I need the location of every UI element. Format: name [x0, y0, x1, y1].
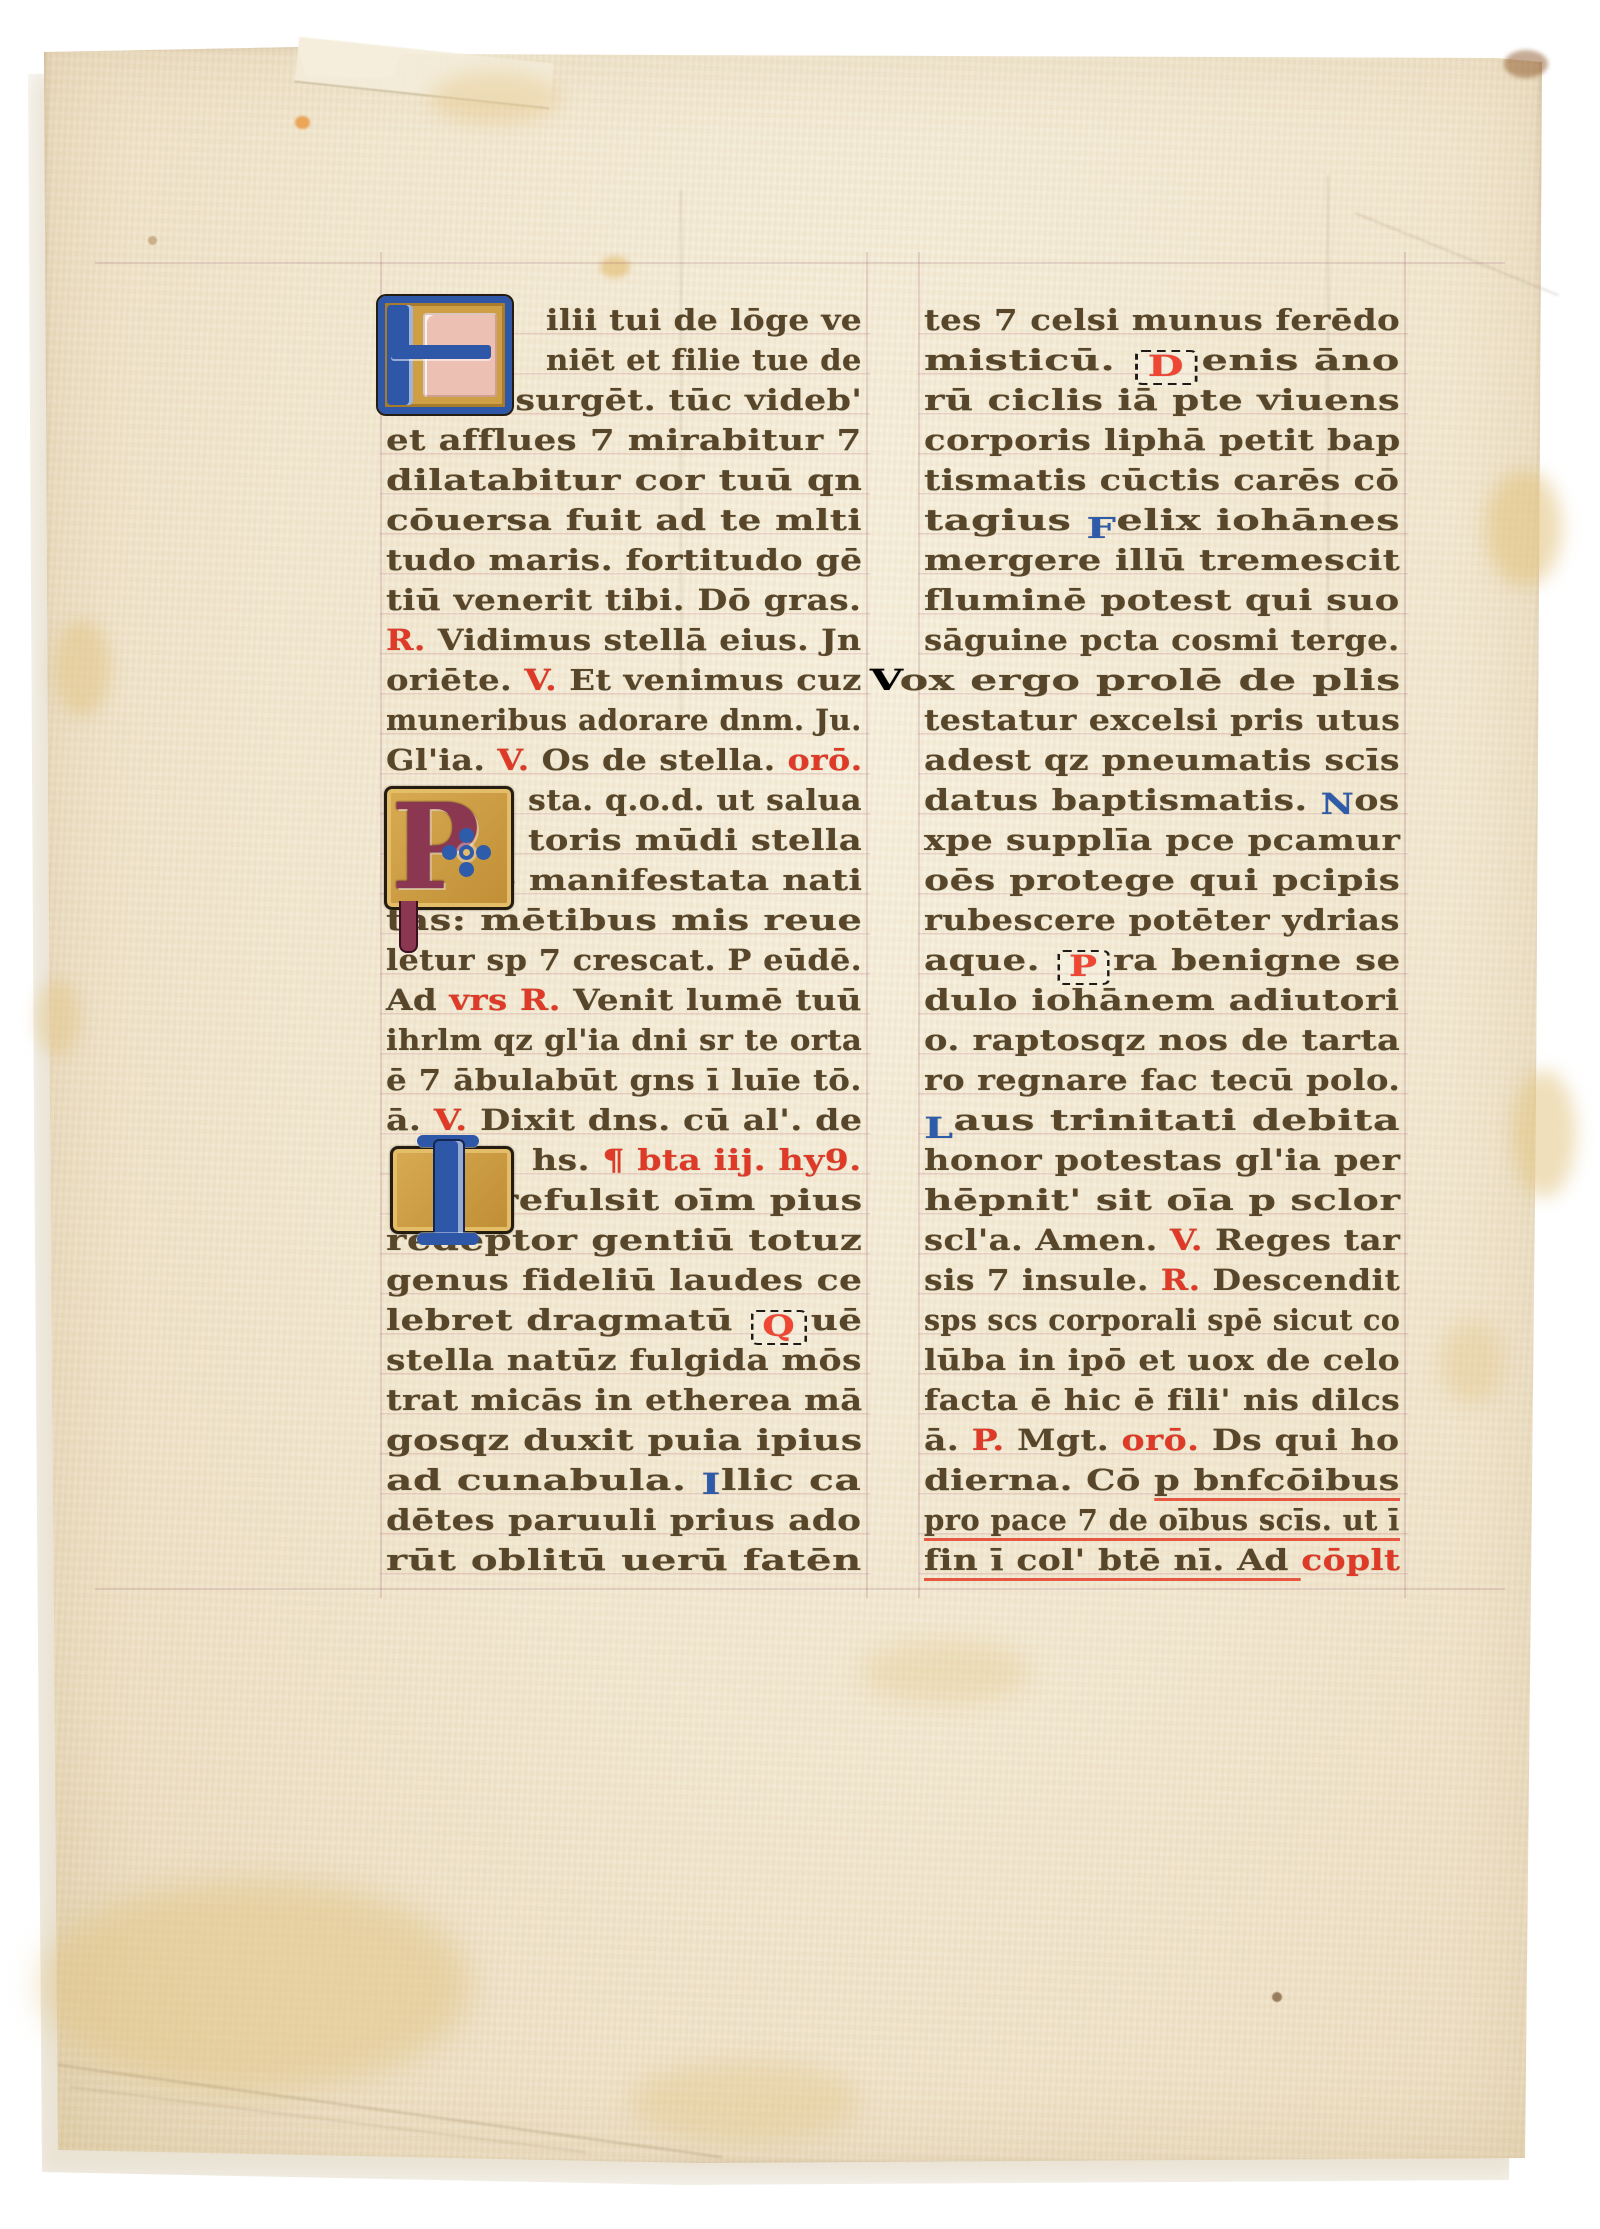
- text-line: datus baptismatis. Nos: [924, 780, 1400, 820]
- text-segment: corporis liphā petit bap: [924, 423, 1401, 457]
- text-line: R. Vidimus stellā eius. Jn: [386, 620, 862, 660]
- text-segment: uē: [811, 1303, 863, 1337]
- text-segment: et afflues 7 mirabitur 7: [386, 423, 862, 457]
- text-segment: scl'a. Amen.: [924, 1223, 1170, 1257]
- text-line: adest qz pneumatis scīs: [924, 740, 1400, 780]
- text-segment: ra benigne se: [1113, 943, 1400, 977]
- text-line: lūba in ipō et uox de celo: [924, 1340, 1400, 1380]
- decorated-initial: F: [1086, 514, 1116, 543]
- ruling-guide-line: [95, 262, 1505, 264]
- text-line: sps scs corporali spē sicut co: [924, 1300, 1400, 1340]
- text-line: dētes paruuli prius ado: [386, 1500, 862, 1540]
- text-segment: enis āno: [1202, 343, 1400, 377]
- text-line: gosqz duxit puia ipius: [386, 1420, 862, 1460]
- text-segment: ā.: [924, 1423, 972, 1457]
- text-line: tes 7 celsi munus ferēdo: [924, 300, 1400, 340]
- text-segment: Ad: [386, 983, 449, 1017]
- text-line: misticū. Denis āno: [924, 340, 1400, 380]
- text-segment: rū ciclis iā pte viuens: [924, 383, 1400, 417]
- text-line: Gl'ia. V. Os de stella. orō.: [386, 740, 862, 780]
- text-line: corporis liphā petit bap: [924, 420, 1400, 460]
- text-line: lebret dragmatū Quē: [386, 1300, 862, 1340]
- text-segment: rubescere potēter ydrias: [924, 903, 1400, 937]
- decorated-initial: N: [1321, 790, 1355, 819]
- text-line: aque. Pra benigne se: [924, 940, 1400, 980]
- text-segment: Vidimus stellā eius. Jn: [438, 623, 862, 657]
- text-line: tagius Felix iohānes: [924, 500, 1400, 540]
- text-segment: sps scs corporali spē sicut co: [924, 1303, 1400, 1337]
- text-segment: Dixit dns. cū al'. de: [480, 1103, 862, 1137]
- text-segment: letur sp 7 crescat. P eūdē.: [386, 943, 862, 977]
- text-segment: tes 7 celsi munus ferēdo: [924, 303, 1400, 337]
- text-segment: dulo iohānem adiutori: [924, 983, 1400, 1017]
- text-line: muneribus adorare dnm. Ju.: [386, 700, 862, 740]
- text-line: pro pace 7 de oībus scīs. ut ī: [924, 1500, 1400, 1540]
- text-line: cōuersa fuit ad te mlti: [386, 500, 862, 540]
- text-segment: fluminē potest qui suo: [924, 583, 1400, 617]
- text-segment: mergere illū tremescit: [924, 543, 1400, 577]
- text-segment: orō.: [1122, 1423, 1212, 1457]
- text-segment: pro pace 7 de oībus scīs. ut ī: [924, 1503, 1400, 1541]
- illuminated-initial-I: [390, 1146, 514, 1234]
- text-segment: cōuersa fuit ad te mlti: [386, 503, 862, 537]
- initial-letter: [433, 1139, 465, 1241]
- text-segment: llic ca: [721, 1463, 861, 1497]
- text-line: oriēte. V. Et venimus cuz: [386, 660, 862, 700]
- text-segment: trat micās in etherea mā: [386, 1383, 863, 1417]
- text-segment: Gl'ia.: [386, 743, 497, 777]
- text-segment: dētes paruuli prius ado: [386, 1503, 861, 1537]
- text-line: stella natūz fulgida mōs: [386, 1340, 862, 1380]
- text-segment: os: [1354, 783, 1400, 817]
- text-segment: niēt et filie tue de: [546, 343, 862, 377]
- text-segment: misticū.: [924, 343, 1130, 377]
- text-line: oēs protege qui pcipis: [924, 860, 1400, 900]
- text-line: et afflues 7 mirabitur 7: [386, 420, 862, 460]
- illuminated-initial-P: P: [384, 786, 514, 910]
- text-line: tiū venerit tibi. Dō gras.: [386, 580, 862, 620]
- text-segment: genus fideliū laudes ce: [386, 1263, 862, 1297]
- text-segment: ro regnare fac tecū polo.: [924, 1063, 1400, 1097]
- text-segment: aus trinitati debita: [954, 1103, 1401, 1137]
- text-line: genus fideliū laudes ce: [386, 1260, 862, 1300]
- text-line: testatur excelsi pris utus: [924, 700, 1400, 740]
- text-segment: oēs protege qui pcipis: [924, 863, 1400, 897]
- text-line: sāguine pcta cosmi terge.: [924, 620, 1400, 660]
- text-segment: gosqz duxit puia ipius: [386, 1423, 863, 1457]
- text-segment: Reges tar: [1215, 1223, 1400, 1257]
- text-line: sis 7 insule. R. Descendit: [924, 1260, 1400, 1300]
- text-segment: Mgt.: [1017, 1423, 1121, 1457]
- text-line: tudo maris. fortitudo gē: [386, 540, 862, 580]
- text-line: ihrlm qz gl'ia dni sr te orta: [386, 1020, 862, 1060]
- text-segment: toris mūdi stella: [528, 823, 862, 857]
- text-segment: testatur excelsi pris utus: [924, 703, 1400, 737]
- text-segment: stella natūz fulgida mōs: [386, 1343, 862, 1377]
- text-segment: P.: [972, 1423, 1017, 1457]
- text-line: dulo iohānem adiutori: [924, 980, 1400, 1020]
- text-segment: aque.: [924, 943, 1053, 977]
- text-line: Vox ergo prolē de plis: [924, 660, 1400, 700]
- text-line: fluminē potest qui suo: [924, 580, 1400, 620]
- text-line: scl'a. Amen. V. Reges tar: [924, 1220, 1400, 1260]
- decorated-initial: I: [701, 1470, 721, 1499]
- text-segment: Et venimus cuz: [569, 663, 861, 697]
- text-line: ad cunabula. Illic ca: [386, 1460, 862, 1500]
- text-segment: rūt oblitū uerū fatēn: [386, 1543, 862, 1577]
- text-segment: honor potestas gl'ia per: [924, 1143, 1400, 1177]
- text-segment: facta ē hic ē fili' nis dilcs: [924, 1383, 1400, 1417]
- text-segment: hēpnit' sit oīa p sclor: [924, 1183, 1400, 1217]
- text-segment: hs.: [532, 1143, 602, 1177]
- text-column-right: tes 7 celsi munus ferēdomisticū. Denis ā…: [924, 300, 1400, 1590]
- text-line: dilatabitur cor tuū qn: [386, 460, 862, 500]
- text-segment: ā.: [386, 1103, 434, 1137]
- text-segment: R.: [1161, 1263, 1213, 1297]
- text-segment: ad cunabula.: [386, 1463, 701, 1497]
- text-segment: Ds qui ho: [1212, 1423, 1400, 1457]
- text-segment: ilii tui de lōge ve: [546, 303, 862, 337]
- text-segment: tudo maris. fortitudo gē: [386, 543, 862, 577]
- text-line: ā. P. Mgt. orō. Ds qui ho: [924, 1420, 1400, 1460]
- text-segment: elix iohānes: [1116, 503, 1400, 537]
- text-segment: Venit lumē tuū: [573, 983, 862, 1017]
- text-line: letur sp 7 crescat. P eūdē.: [386, 940, 862, 980]
- text-segment: lebret dragmatū: [386, 1303, 747, 1337]
- text-segment: V.: [524, 663, 569, 697]
- text-segment: orō.: [788, 743, 863, 777]
- quatrefoil-ornament: [459, 845, 474, 860]
- text-line: honor potestas gl'ia per: [924, 1140, 1400, 1180]
- text-segment: refulsit oīm pius: [498, 1183, 863, 1217]
- text-line: xpe supplīa pce pcamur: [924, 820, 1400, 860]
- decorated-initial: V: [870, 663, 900, 697]
- text-segment: Descendit: [1212, 1263, 1400, 1297]
- text-segment: cōplt: [1301, 1543, 1400, 1577]
- text-segment: ihrlm qz gl'ia dni sr te orta: [386, 1023, 862, 1057]
- text-line: dierna. Cō p bnfcōibus: [924, 1460, 1400, 1500]
- text-segment: V.: [1170, 1223, 1215, 1257]
- text-segment: sis 7 insule.: [924, 1263, 1161, 1297]
- manuscript-photo: ilii tui de lōge veniēt et filie tue del…: [0, 0, 1600, 2229]
- text-segment: V.: [434, 1103, 480, 1137]
- text-line: facta ē hic ē fili' nis dilcs: [924, 1380, 1400, 1420]
- text-segment: o. raptosqz nos de tarta: [924, 1023, 1400, 1057]
- text-line: hēpnit' sit oīa p sclor: [924, 1180, 1400, 1220]
- initial-letter: [387, 305, 413, 405]
- text-segment: Os de stella.: [542, 743, 788, 777]
- text-segment: tagius: [924, 503, 1086, 537]
- text-segment: dierna. Cō: [924, 1463, 1154, 1497]
- text-line: rubescere potēter ydrias: [924, 900, 1400, 940]
- text-segment: adest qz pneumatis scīs: [924, 743, 1400, 777]
- text-segment: datus baptismatis.: [924, 783, 1321, 817]
- text-line: Laus trinitati debita: [924, 1100, 1400, 1140]
- text-line: ā. V. Dixit dns. cū al'. de: [386, 1100, 862, 1140]
- text-line: trat micās in etherea mā: [386, 1380, 862, 1420]
- text-line: tismatis cūctis carēs cō: [924, 460, 1400, 500]
- text-segment: oriēte.: [386, 663, 524, 697]
- text-segment: V.: [497, 743, 541, 777]
- text-line: fin ī col' btē nī. Ad cōplt: [924, 1540, 1400, 1580]
- text-segment: fin ī col' btē nī. Ad: [924, 1543, 1301, 1581]
- decorated-initial: L: [924, 1114, 954, 1143]
- text-line: rū ciclis iā pte viuens: [924, 380, 1400, 420]
- text-column-left: ilii tui de lōge veniēt et filie tue del…: [386, 300, 862, 1590]
- text-line: o. raptosqz nos de tarta: [924, 1020, 1400, 1060]
- text-segment: tiū venerit tibi. Dō gras.: [386, 583, 861, 617]
- text-segment: sāguine pcta cosmi terge.: [924, 623, 1400, 657]
- text-line: ē 7 ābulabūt gns ī luīe tō.: [386, 1060, 862, 1100]
- text-segment: sta. q.o.d. ut salua: [528, 783, 862, 817]
- text-segment: ē 7 ābulabūt gns ī luīe tō.: [386, 1063, 862, 1097]
- text-segment: R.: [386, 623, 438, 657]
- text-line: mergere illū tremescit: [924, 540, 1400, 580]
- text-segment: p bnfcōibus: [1154, 1463, 1400, 1501]
- text-segment: lūba in ipō et uox de celo: [924, 1343, 1400, 1377]
- text-segment: ox ergo prolē de plis: [900, 663, 1401, 697]
- illuminated-initial-F: [378, 296, 512, 414]
- text-segment: tismatis cūctis carēs cō: [924, 463, 1399, 497]
- text-segment: vrs R.: [449, 983, 573, 1017]
- text-segment: muneribus adorare dnm. Ju.: [386, 703, 862, 737]
- text-line: rūt oblitū uerū fatēn: [386, 1540, 862, 1580]
- text-segment: xpe supplīa pce pcamur: [924, 823, 1400, 857]
- text-segment: dilatabitur cor tuū qn: [386, 463, 862, 497]
- text-segment: ¶ bta iij. hy9.: [602, 1143, 861, 1177]
- text-line: ro regnare fac tecū polo.: [924, 1060, 1400, 1100]
- text-line: Ad vrs R. Venit lumē tuū: [386, 980, 862, 1020]
